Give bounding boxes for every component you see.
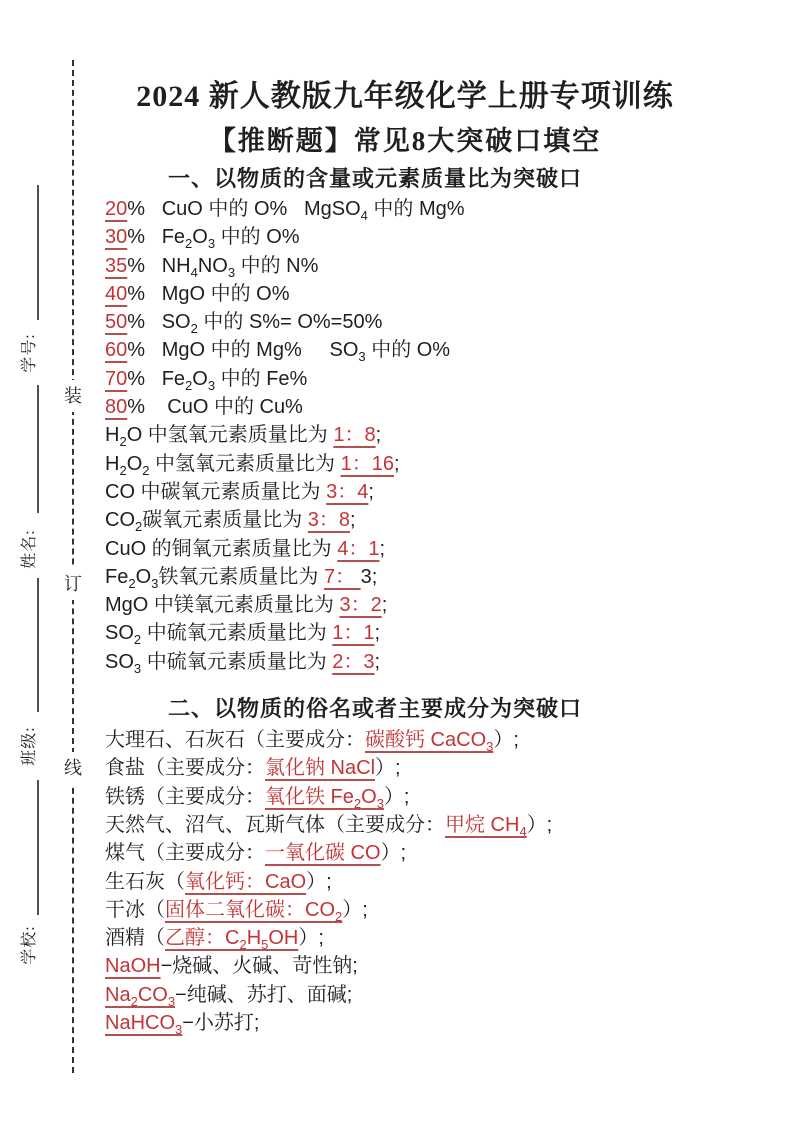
alias-item: 大理石、石灰石（主要成分：碳酸钙 CaCO3）; xyxy=(105,726,705,754)
ratio-item: CuO 的铜氧元素质量比为 4：1; xyxy=(105,535,705,563)
alias-item: Na2CO3−纯碱、苏打、面碱; xyxy=(105,981,705,1009)
binding-char-zhuang: 装 xyxy=(60,380,86,412)
name-label: 姓名: xyxy=(20,523,40,575)
ratio-item: CO2碳氧元素质量比为 3：8; xyxy=(105,506,705,534)
alias-item: 铁锈（主要成分：氧化铁 Fe2O3）; xyxy=(105,783,705,811)
common-name-list: 大理石、石灰石（主要成分：碳酸钙 CaCO3）;食盐（主要成分：氯化钠 NaCl… xyxy=(105,726,705,1037)
ratio-item: CO 中碳氧元素质量比为 3：4; xyxy=(105,478,705,506)
percent-item: 20% CuO 中的 O% MgSO4 中的 Mg% xyxy=(105,195,705,223)
binding-char-ding: 订 xyxy=(60,568,86,600)
percent-item: 50% SO2 中的 S%= O%=50% xyxy=(105,308,705,336)
ratio-item: MgO 中镁氧元素质量比为 3：2; xyxy=(105,591,705,619)
section-2-heading: 二、以物质的俗名或者主要成分为突破口 xyxy=(105,695,705,722)
worksheet-page: 装 订 线 学号: 姓名: 班级: 学校: 2024 新人教版九年级化学上册专项… xyxy=(0,0,800,1131)
page-subtitle: 【推断题】常见8大突破口填空 xyxy=(105,124,705,159)
percent-item: 35% NH4NO3 中的 N% xyxy=(105,252,705,280)
student-id-label: 学号: xyxy=(20,327,40,379)
percent-item: 30% Fe2O3 中的 O% xyxy=(105,223,705,251)
percent-item: 40% MgO 中的 O% xyxy=(105,280,705,308)
percent-list: 20% CuO 中的 O% MgSO4 中的 Mg%30% Fe2O3 中的 O… xyxy=(105,195,705,421)
ratio-list: H2O 中氢氧元素质量比为 1：8;H2O2 中氢氧元素质量比为 1：16;CO… xyxy=(105,421,705,676)
alias-item: 干冰（固体二氧化碳：CO2）; xyxy=(105,896,705,924)
page-title: 2024 新人教版九年级化学上册专项训练 xyxy=(105,78,705,115)
name-blank-line xyxy=(37,385,39,513)
alias-item: 天然气、沼气、瓦斯气体（主要成分：甲烷 CH4）; xyxy=(105,811,705,839)
worksheet-content: 2024 新人教版九年级化学上册专项训练 【推断题】常见8大突破口填空 一、以物… xyxy=(105,78,705,1037)
alias-item: NaOH−烧碱、火碱、苛性钠; xyxy=(105,952,705,980)
alias-item: 煤气（主要成分：一氧化碳 CO）; xyxy=(105,839,705,867)
binding-char-xian: 线 xyxy=(60,752,86,784)
alias-item: 生石灰（氧化钙：CaO）; xyxy=(105,868,705,896)
section-1-heading: 一、以物质的含量或元素质量比为突破口 xyxy=(105,165,705,192)
class-label: 班级: xyxy=(20,720,40,772)
percent-item: 70% Fe2O3 中的 Fe% xyxy=(105,365,705,393)
percent-item: 60% MgO 中的 Mg% SO3 中的 O% xyxy=(105,336,705,364)
school-blank-line xyxy=(37,780,39,915)
percent-item: 80% CuO 中的 Cu% xyxy=(105,393,705,421)
alias-item: 食盐（主要成分：氯化钠 NaCl）; xyxy=(105,754,705,782)
ratio-item: H2O 中氢氧元素质量比为 1：8; xyxy=(105,421,705,449)
alias-item: 酒精（乙醇：C2H5OH）; xyxy=(105,924,705,952)
ratio-item: H2O2 中氢氧元素质量比为 1：16; xyxy=(105,450,705,478)
binding-dashed-line xyxy=(72,60,74,1073)
class-blank-line xyxy=(37,578,39,712)
alias-item: NaHCO3−小苏打; xyxy=(105,1009,705,1037)
student-id-blank-line xyxy=(37,185,39,320)
ratio-item: SO2 中硫氧元素质量比为 1：1; xyxy=(105,619,705,647)
ratio-item: Fe2O3铁氧元素质量比为 7： 3; xyxy=(105,563,705,591)
school-label: 学校: xyxy=(20,919,40,971)
ratio-item: SO3 中硫氧元素质量比为 2：3; xyxy=(105,648,705,676)
